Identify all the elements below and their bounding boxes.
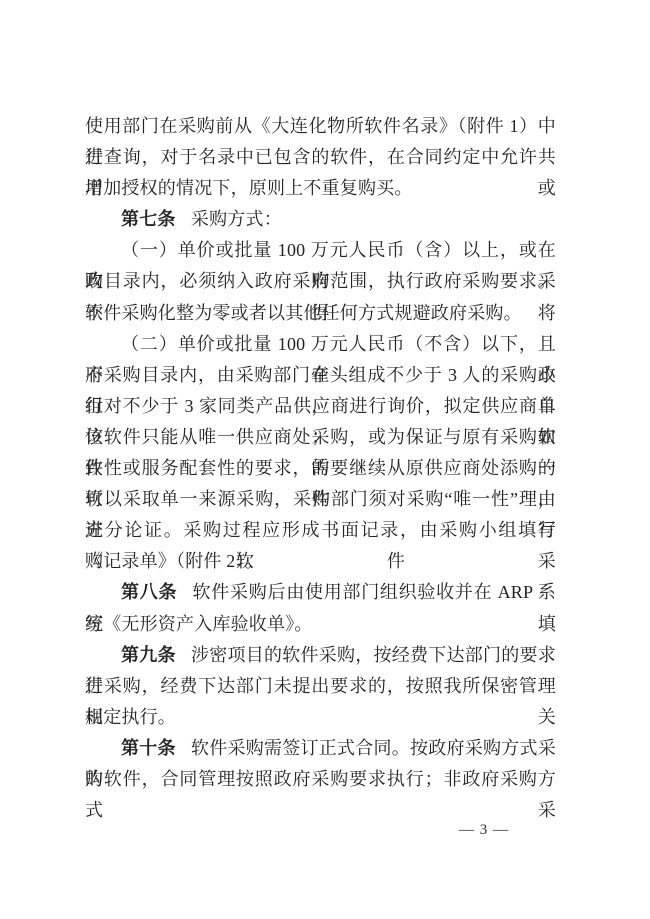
text-line: 购目录内，必须纳入政府采购范围，执行政府采购要求。不得将 (85, 266, 556, 297)
text-line: 行查询，对于名录中已包含的软件，在合同约定中允许共用或 (85, 142, 556, 173)
text-line: 行对不少于 3 家同类产品供应商进行询价，拟定供应商单位；如 (85, 391, 556, 422)
line-text: 增加授权的情况下，原则上不重复购买。 (85, 178, 413, 198)
text-line: 该软件只能从唯一供应商处采购，或为保证与原有采购软件的一 (85, 422, 556, 453)
text-line: 致性或服务配套性的要求，需要继续从原供应商处添购的软件， (85, 453, 556, 484)
page-number: — 3 — (448, 820, 520, 840)
line-text: 的软件，合同管理按照政府采购要求执行；非政府采购方式采 (85, 769, 556, 820)
text-line: 第十条软件采购需签订正式合同。按政府采购方式采购 (85, 733, 556, 764)
text-line: 第九条涉密项目的软件采购，按经费下达部门的要求进 (85, 640, 556, 671)
text-line: 第七条采购方式： (85, 204, 556, 235)
line-text: 购记录单》（附件 2）。 (85, 551, 263, 571)
text-line: 府采购目录内，由采购部门牵头组成不少于 3 人的采购小组，自 (85, 360, 556, 391)
text-line: 软件采购化整为零或者以其他任何方式规避政府采购。 (85, 298, 556, 329)
article-number: 第七条 (121, 209, 176, 229)
text-line: 行采购，经费下达部门未提出要求的，按照我所保密管理相关 (85, 671, 556, 702)
text-line: 第八条软件采购后由使用部门组织验收并在 ARP 系统填 (85, 577, 556, 608)
text-line: 充分论证。采购过程应形成书面记录，由采购小组填写《软件采 (85, 515, 556, 546)
line-text: 写《无形资产入库验收单》。 (85, 614, 313, 634)
text-line: （一）单价或批量 100 万元人民币（含）以上，或在政府采 (85, 235, 556, 266)
document-text-block: 使用部门在采购前从《大连化物所软件名录》（附件 1）中进 行查询，对于名录中已包… (85, 111, 556, 795)
text-line: 使用部门在采购前从《大连化物所软件名录》（附件 1）中进 (85, 111, 556, 142)
line-text: 规定执行。 (85, 707, 176, 727)
document-page: 使用部门在采购前从《大连化物所软件名录》（附件 1）中进 行查询，对于名录中已包… (0, 0, 650, 919)
article-number: 第八条 (121, 582, 177, 602)
text-line: （二）单价或批量 100 万元人民币（不含）以下，且不在政 (85, 329, 556, 360)
line-text: 软件采购化整为零或者以其他任何方式规避政府采购。 (85, 303, 522, 323)
article-number: 第九条 (121, 645, 176, 665)
article-number: 第十条 (121, 738, 176, 758)
text-line: 可以采取单一来源采购，采购部门须对采购“唯一性”理由进行 (85, 484, 556, 515)
text-line: 的软件，合同管理按照政府采购要求执行；非政府采购方式采 (85, 764, 556, 795)
line-text: 采购方式： (191, 209, 282, 229)
